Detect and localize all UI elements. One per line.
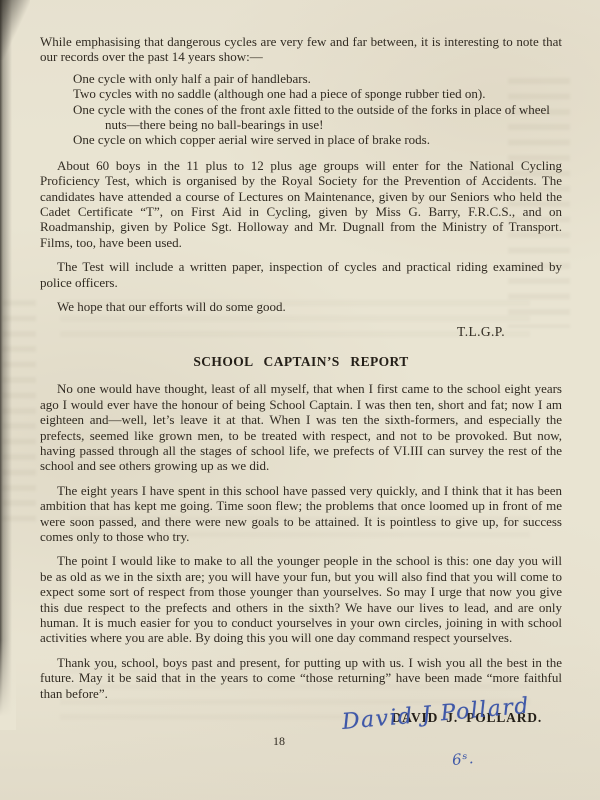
body-text-column: While emphasising that dangerous cycles … [40,34,562,762]
handwritten-form-note: 6ˢ. [451,749,475,769]
author-initials: T.L.G.P. [40,324,562,339]
left-binding-shadow [0,0,12,720]
cycle-finding-item: Two cycles with no saddle (although one … [40,86,562,101]
top-left-scan-shadow [0,0,30,60]
scanned-magazine-page: While emphasising that dangerous cycles … [0,0,600,800]
cycling-paragraph: About 60 boys in the 11 plus to 12 plus … [40,158,562,250]
report-paragraph: The eight years I have spent in this sch… [40,483,562,545]
cycle-finding-item: One cycle on which copper aerial wire se… [40,132,562,147]
cycling-intro-paragraph: While emphasising that dangerous cycles … [40,34,562,65]
cycling-paragraph: The Test will include a written paper, i… [40,259,562,290]
report-paragraph: Thank you, school, boys past and present… [40,655,562,701]
cycle-finding-item: One cycle with only half a pair of handl… [40,71,562,86]
report-paragraph: The point I would like to make to all th… [40,553,562,645]
print-bleed-through [2,300,36,530]
report-heading: SCHOOL CAPTAIN’S REPORT [40,354,562,369]
left-binding-shadow-fade [0,640,16,730]
cycling-paragraph: We hope that our efforts will do some go… [40,299,562,314]
cycle-finding-item: One cycle with the cones of the front ax… [40,102,562,133]
page-number: 18 [18,734,540,749]
report-paragraph: No one would have thought, least of all … [40,381,562,473]
cycle-findings-list: One cycle with only half a pair of handl… [40,71,562,148]
